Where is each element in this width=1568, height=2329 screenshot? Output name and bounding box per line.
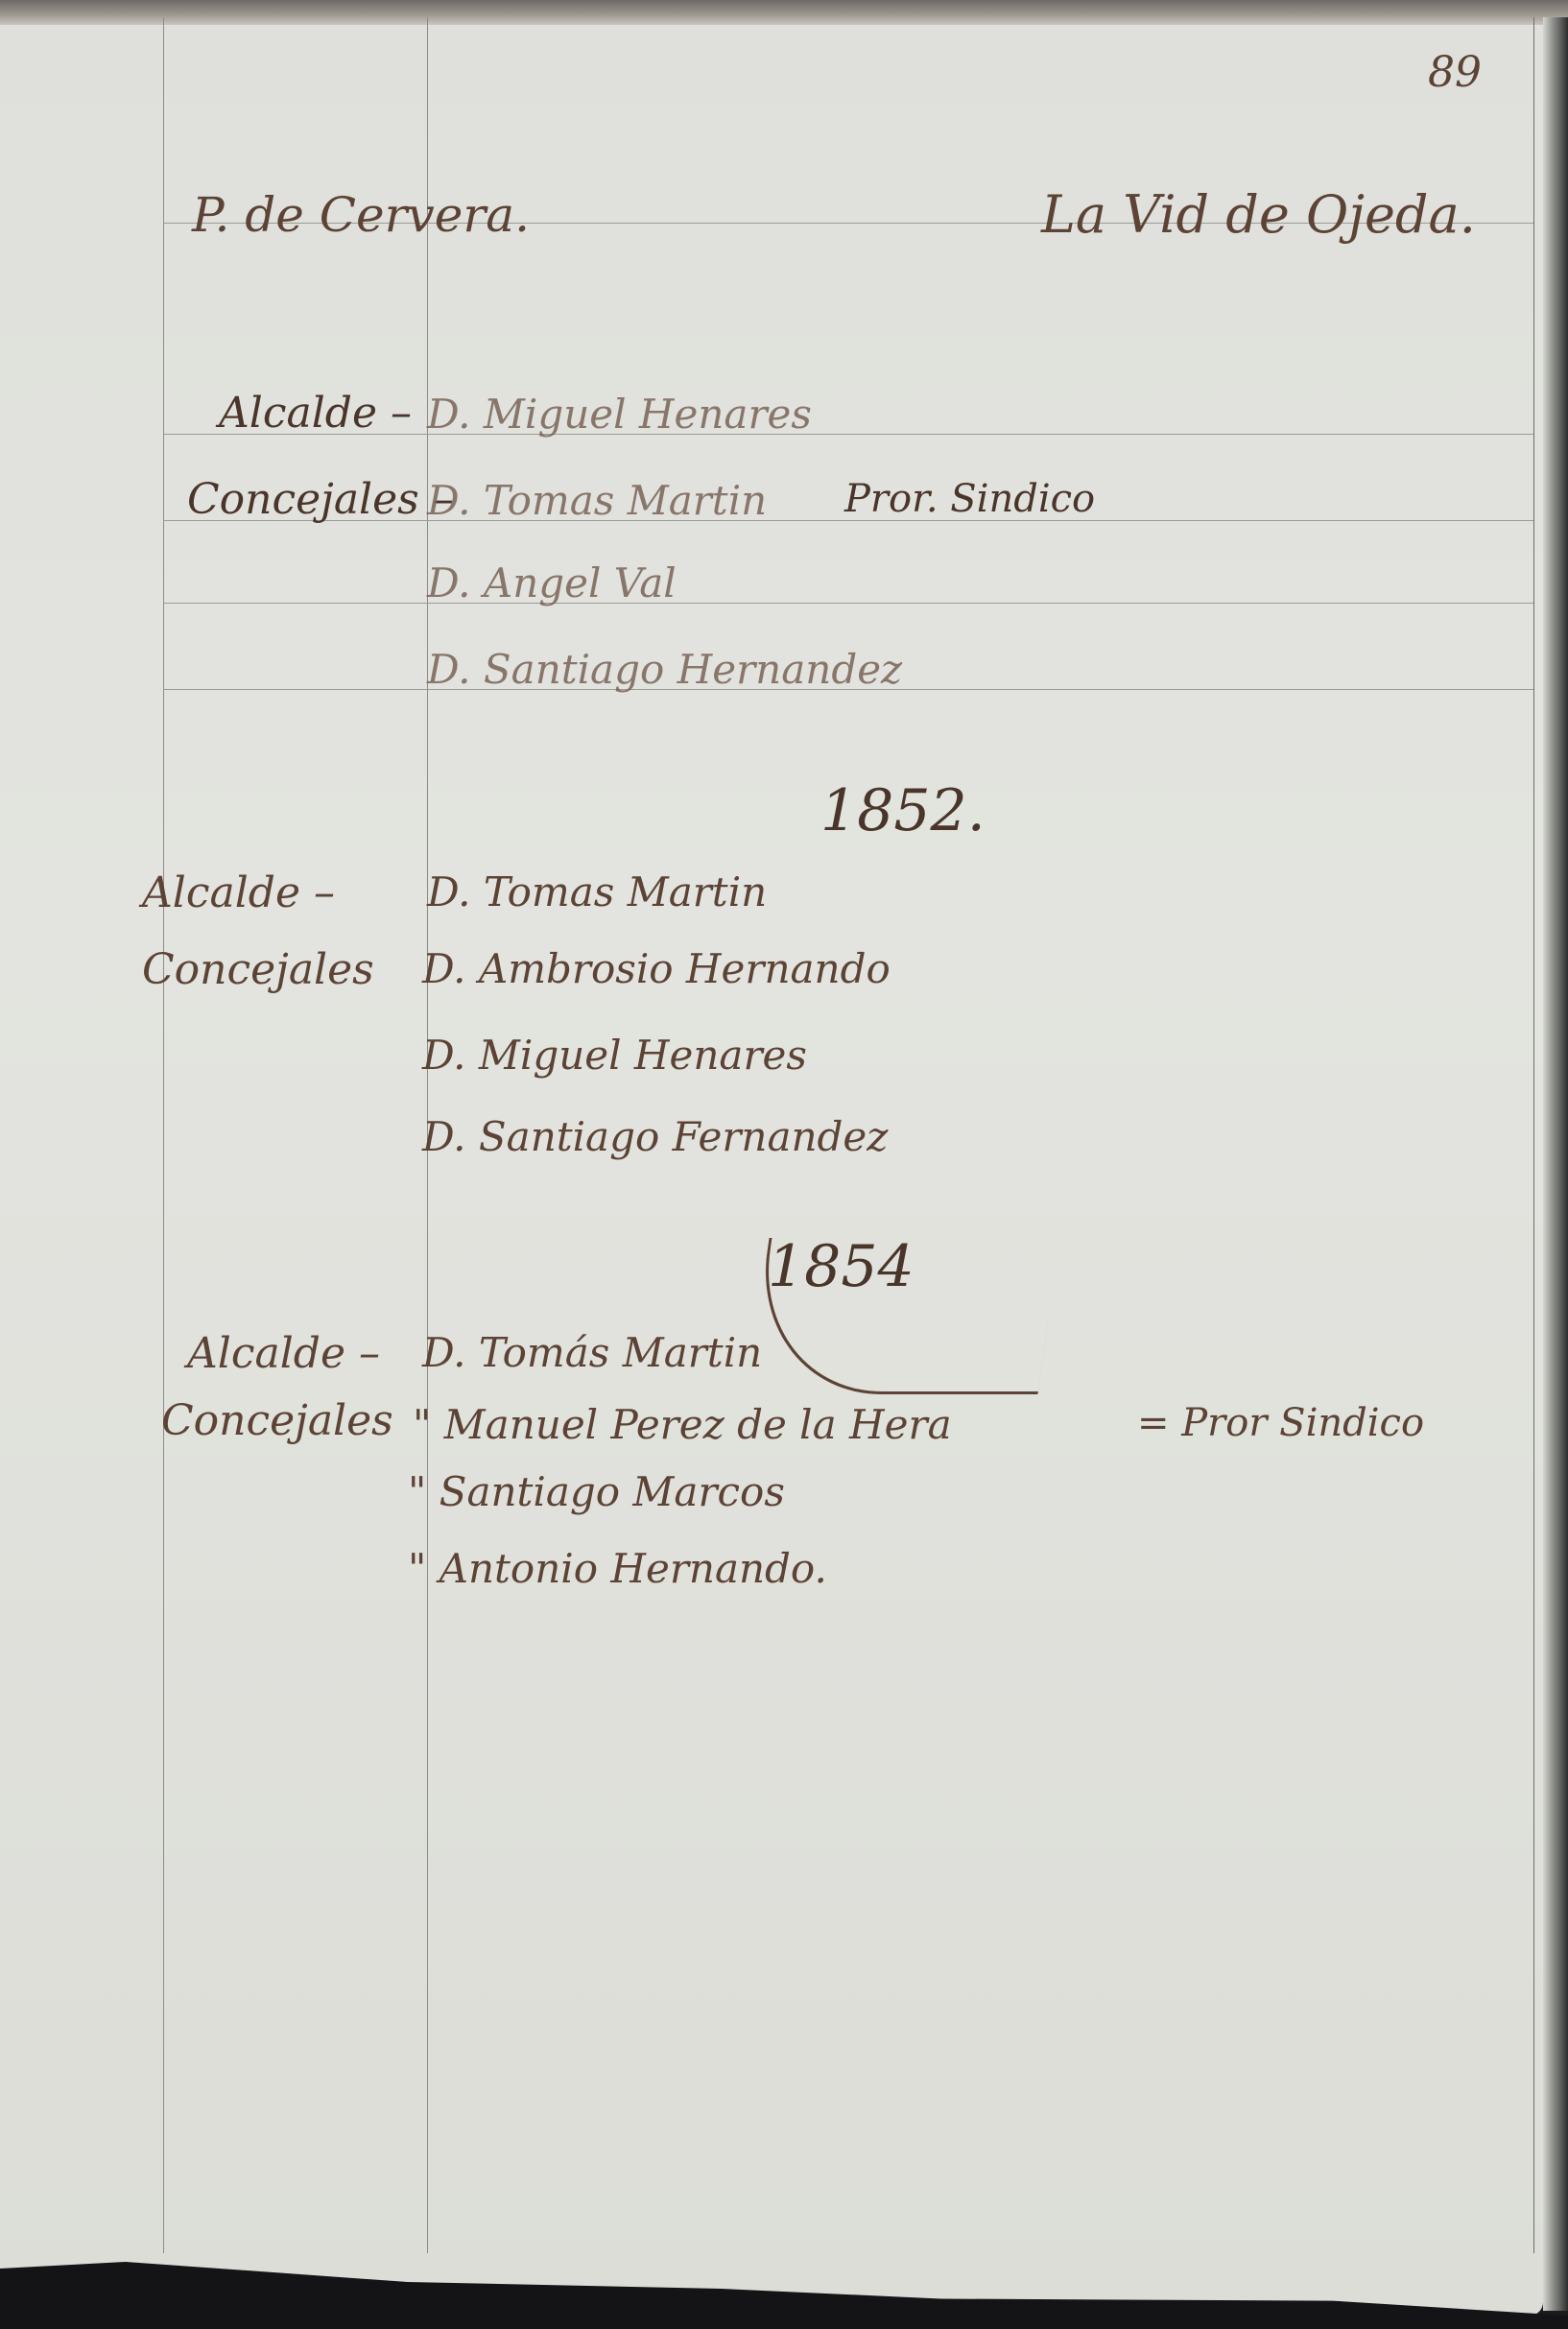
sindico-note: Pror. Sindico	[844, 477, 1095, 521]
concejales-label: Concejales –	[187, 475, 454, 524]
margin-rule-left	[163, 17, 164, 2253]
concejal-name: " Antonio Hernando.	[408, 1545, 827, 1592]
alcalde-label: Alcalde –	[142, 868, 335, 917]
sindico-note: = Pror Sindico	[1137, 1401, 1424, 1445]
concejal-name: " Santiago Marcos	[408, 1468, 785, 1515]
concejales-label: Concejales	[142, 945, 374, 994]
alcalde-name: D. Miguel Henares	[427, 391, 812, 438]
alcalde-label: Alcalde –	[187, 1329, 380, 1378]
book-binding-top	[0, 0, 1568, 25]
year-heading: 1852.	[820, 777, 986, 844]
page-right-edge	[1543, 17, 1568, 2311]
margin-rule-right	[1533, 17, 1534, 2253]
concejal-name: D. Tomas Martin	[427, 477, 767, 524]
concejal-name: D. Miguel Henares	[422, 1032, 807, 1079]
alcalde-name: D. Tomas Martin	[427, 868, 767, 915]
concejales-label: Concejales	[161, 1396, 393, 1445]
concejal-name: D. Angel Val	[427, 559, 677, 606]
alcalde-name: D. Tomás Martin	[422, 1329, 762, 1376]
concejal-name: D. Ambrosio Hernando	[422, 945, 891, 992]
ledger-page	[0, 17, 1543, 2316]
concejal-name: D. Santiago Hernandez	[427, 646, 902, 693]
concejal-name: " Manuel Perez de la Hera	[413, 1401, 952, 1448]
concejal-name: D. Santiago Fernandez	[422, 1113, 888, 1160]
ruled-line	[163, 603, 1533, 604]
location-right-heading: La Vid de Ojeda.	[1041, 184, 1476, 245]
alcalde-label: Alcalde –	[219, 389, 412, 438]
location-left-heading: P. de Cervera.	[192, 187, 530, 243]
page-number: 89	[1428, 48, 1482, 97]
